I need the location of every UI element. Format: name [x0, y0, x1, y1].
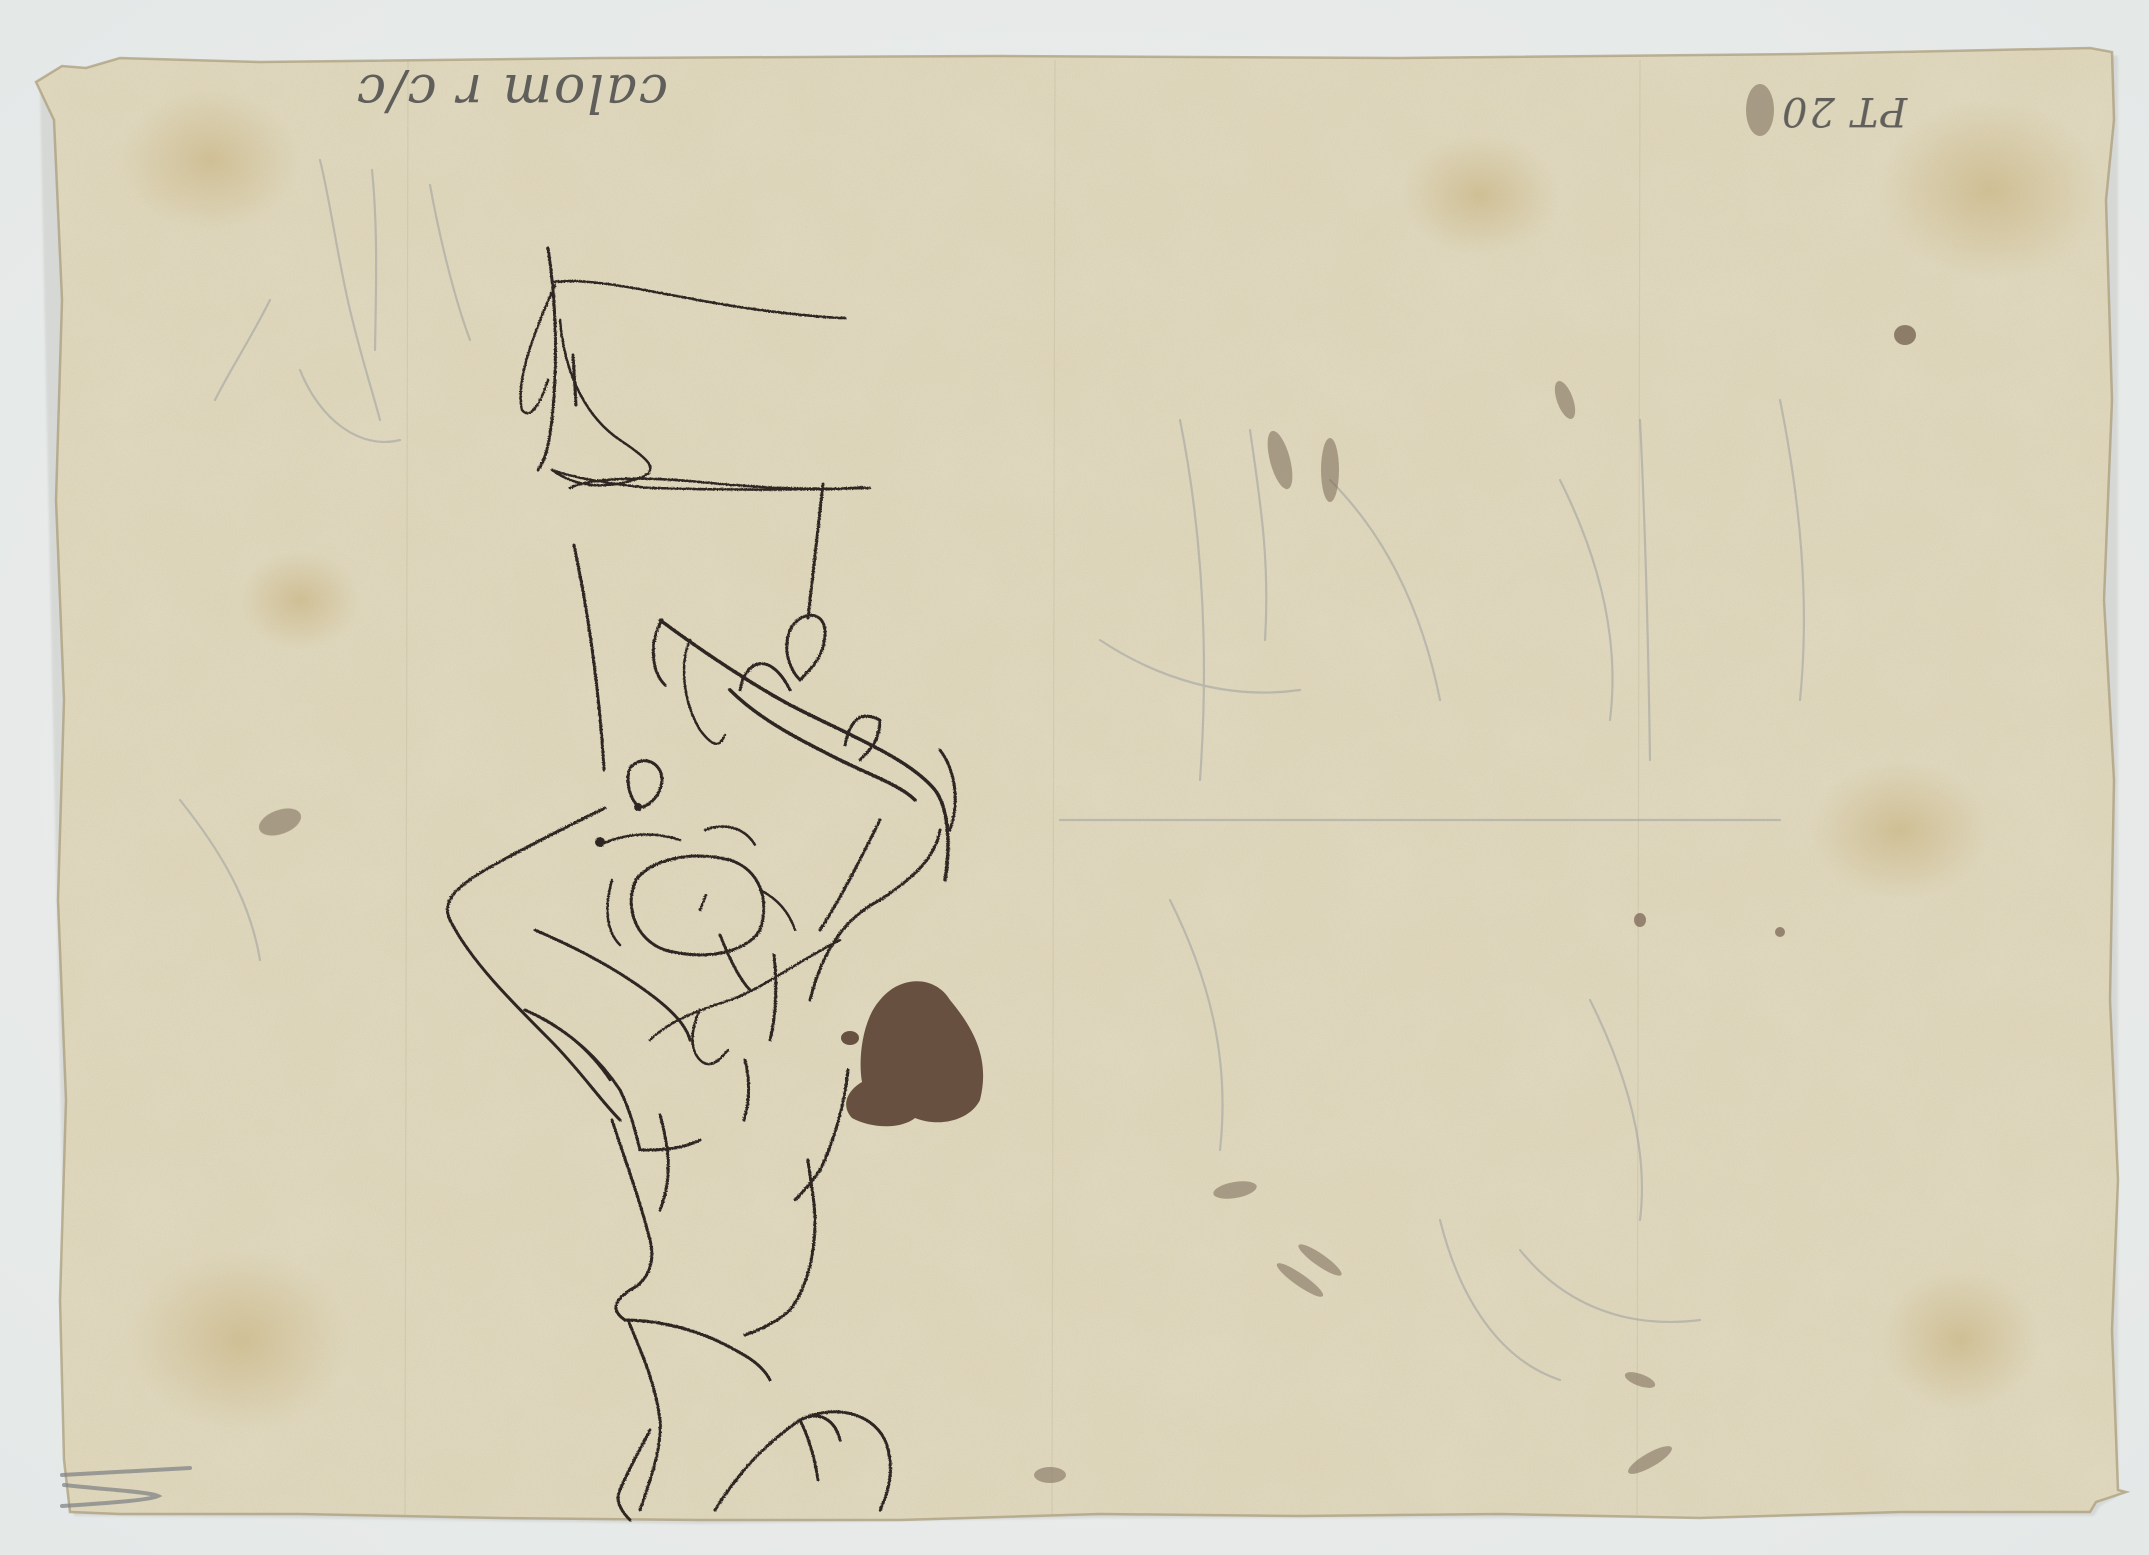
inscription-top-left: calom r c/c	[355, 62, 668, 122]
inscription-top-right: PT 20	[1780, 88, 1907, 134]
paper-sheet: calom r c/c PT 20	[0, 0, 2149, 1555]
paper-surface	[0, 0, 2149, 1555]
drawing-canvas	[0, 0, 2149, 1555]
